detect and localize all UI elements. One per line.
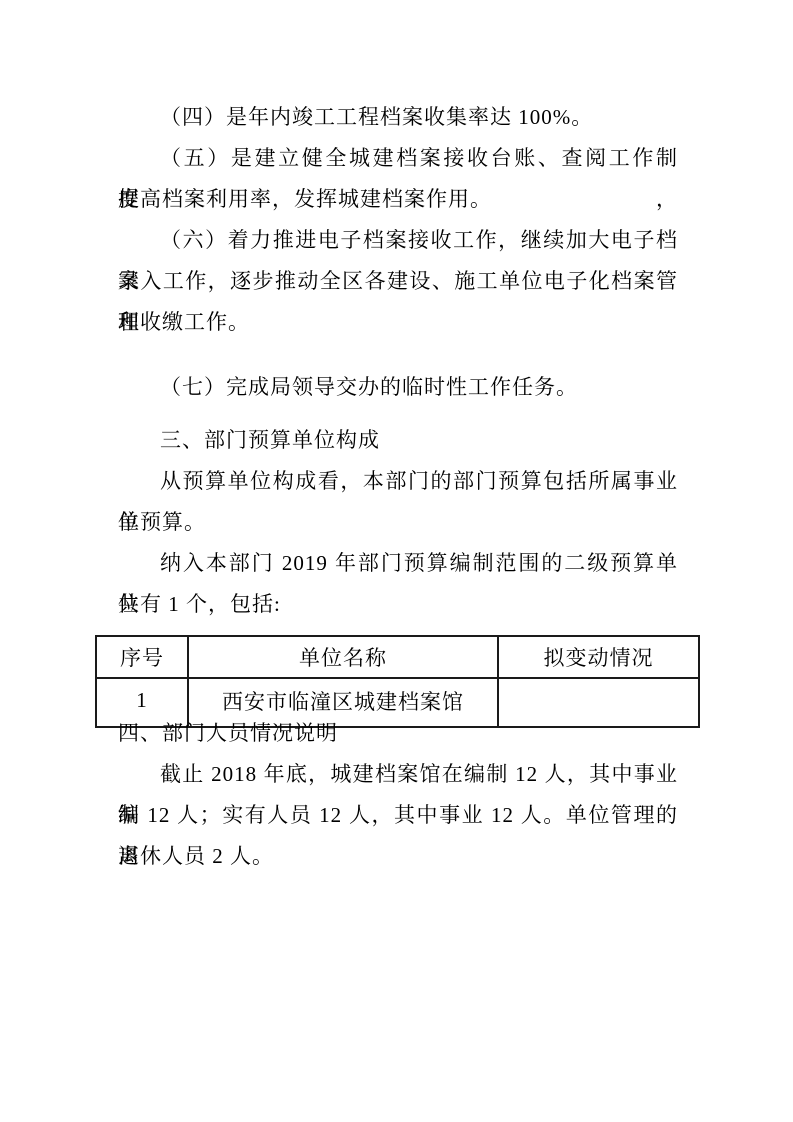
para-10-line-2: 制 12 人；实有人员 12 人，其中事业 12 人。单位管理的离 bbox=[118, 795, 678, 836]
para-8-line-1: 从预算单位构成看，本部门的部门预算包括所属事业单 bbox=[118, 461, 678, 502]
body-text-lower: 四、部门人员情况说明 截止 2018 年底，城建档案馆在编制 12 人，其中事业… bbox=[118, 713, 678, 877]
document-page: （四）是年内竣工工程档案收集率达 100%。 （五）是建立健全城建档案接收台账、… bbox=[0, 0, 793, 1122]
para-8-line-2: 位预算。 bbox=[118, 502, 678, 543]
para-9-line-1: 纳入本部门 2019 年部门预算编制范围的二级预算单位 bbox=[118, 543, 678, 584]
body-text-upper: （四）是年内竣工工程档案收集率达 100%。 （五）是建立健全城建档案接收台账、… bbox=[118, 97, 678, 625]
section-heading-3: 三、部门预算单位构成 bbox=[118, 420, 678, 461]
para-5-line-1: （五）是建立健全城建档案接收台账、查阅工作制度， bbox=[118, 138, 678, 179]
header-unit-name: 单位名称 bbox=[188, 636, 498, 678]
para-10-line-3: 退休人员 2 人。 bbox=[118, 836, 678, 877]
header-planned-change: 拟变动情况 bbox=[498, 636, 699, 678]
para-6-line-3: 和收缴工作。 bbox=[118, 302, 678, 343]
section-heading-4: 四、部门人员情况说明 bbox=[118, 713, 678, 754]
table-header-row: 序号 单位名称 拟变动情况 bbox=[96, 636, 699, 678]
para-7-line-1: （七）完成局领导交办的临时性工作任务。 bbox=[118, 367, 678, 408]
para-6-line-2: 录入工作，逐步推动全区各建设、施工单位电子化档案管理 bbox=[118, 261, 678, 302]
header-seq-number: 序号 bbox=[96, 636, 188, 678]
para-10-line-1: 截止 2018 年底，城建档案馆在编制 12 人，其中事业编 bbox=[118, 754, 678, 795]
para-9-line-2: 共有 1 个，包括: bbox=[118, 584, 678, 625]
para-6-line-1: （六）着力推进电子档案接收工作，继续加大电子档案 bbox=[118, 220, 678, 261]
para-4-line-1: （四）是年内竣工工程档案收集率达 100%。 bbox=[118, 97, 678, 138]
